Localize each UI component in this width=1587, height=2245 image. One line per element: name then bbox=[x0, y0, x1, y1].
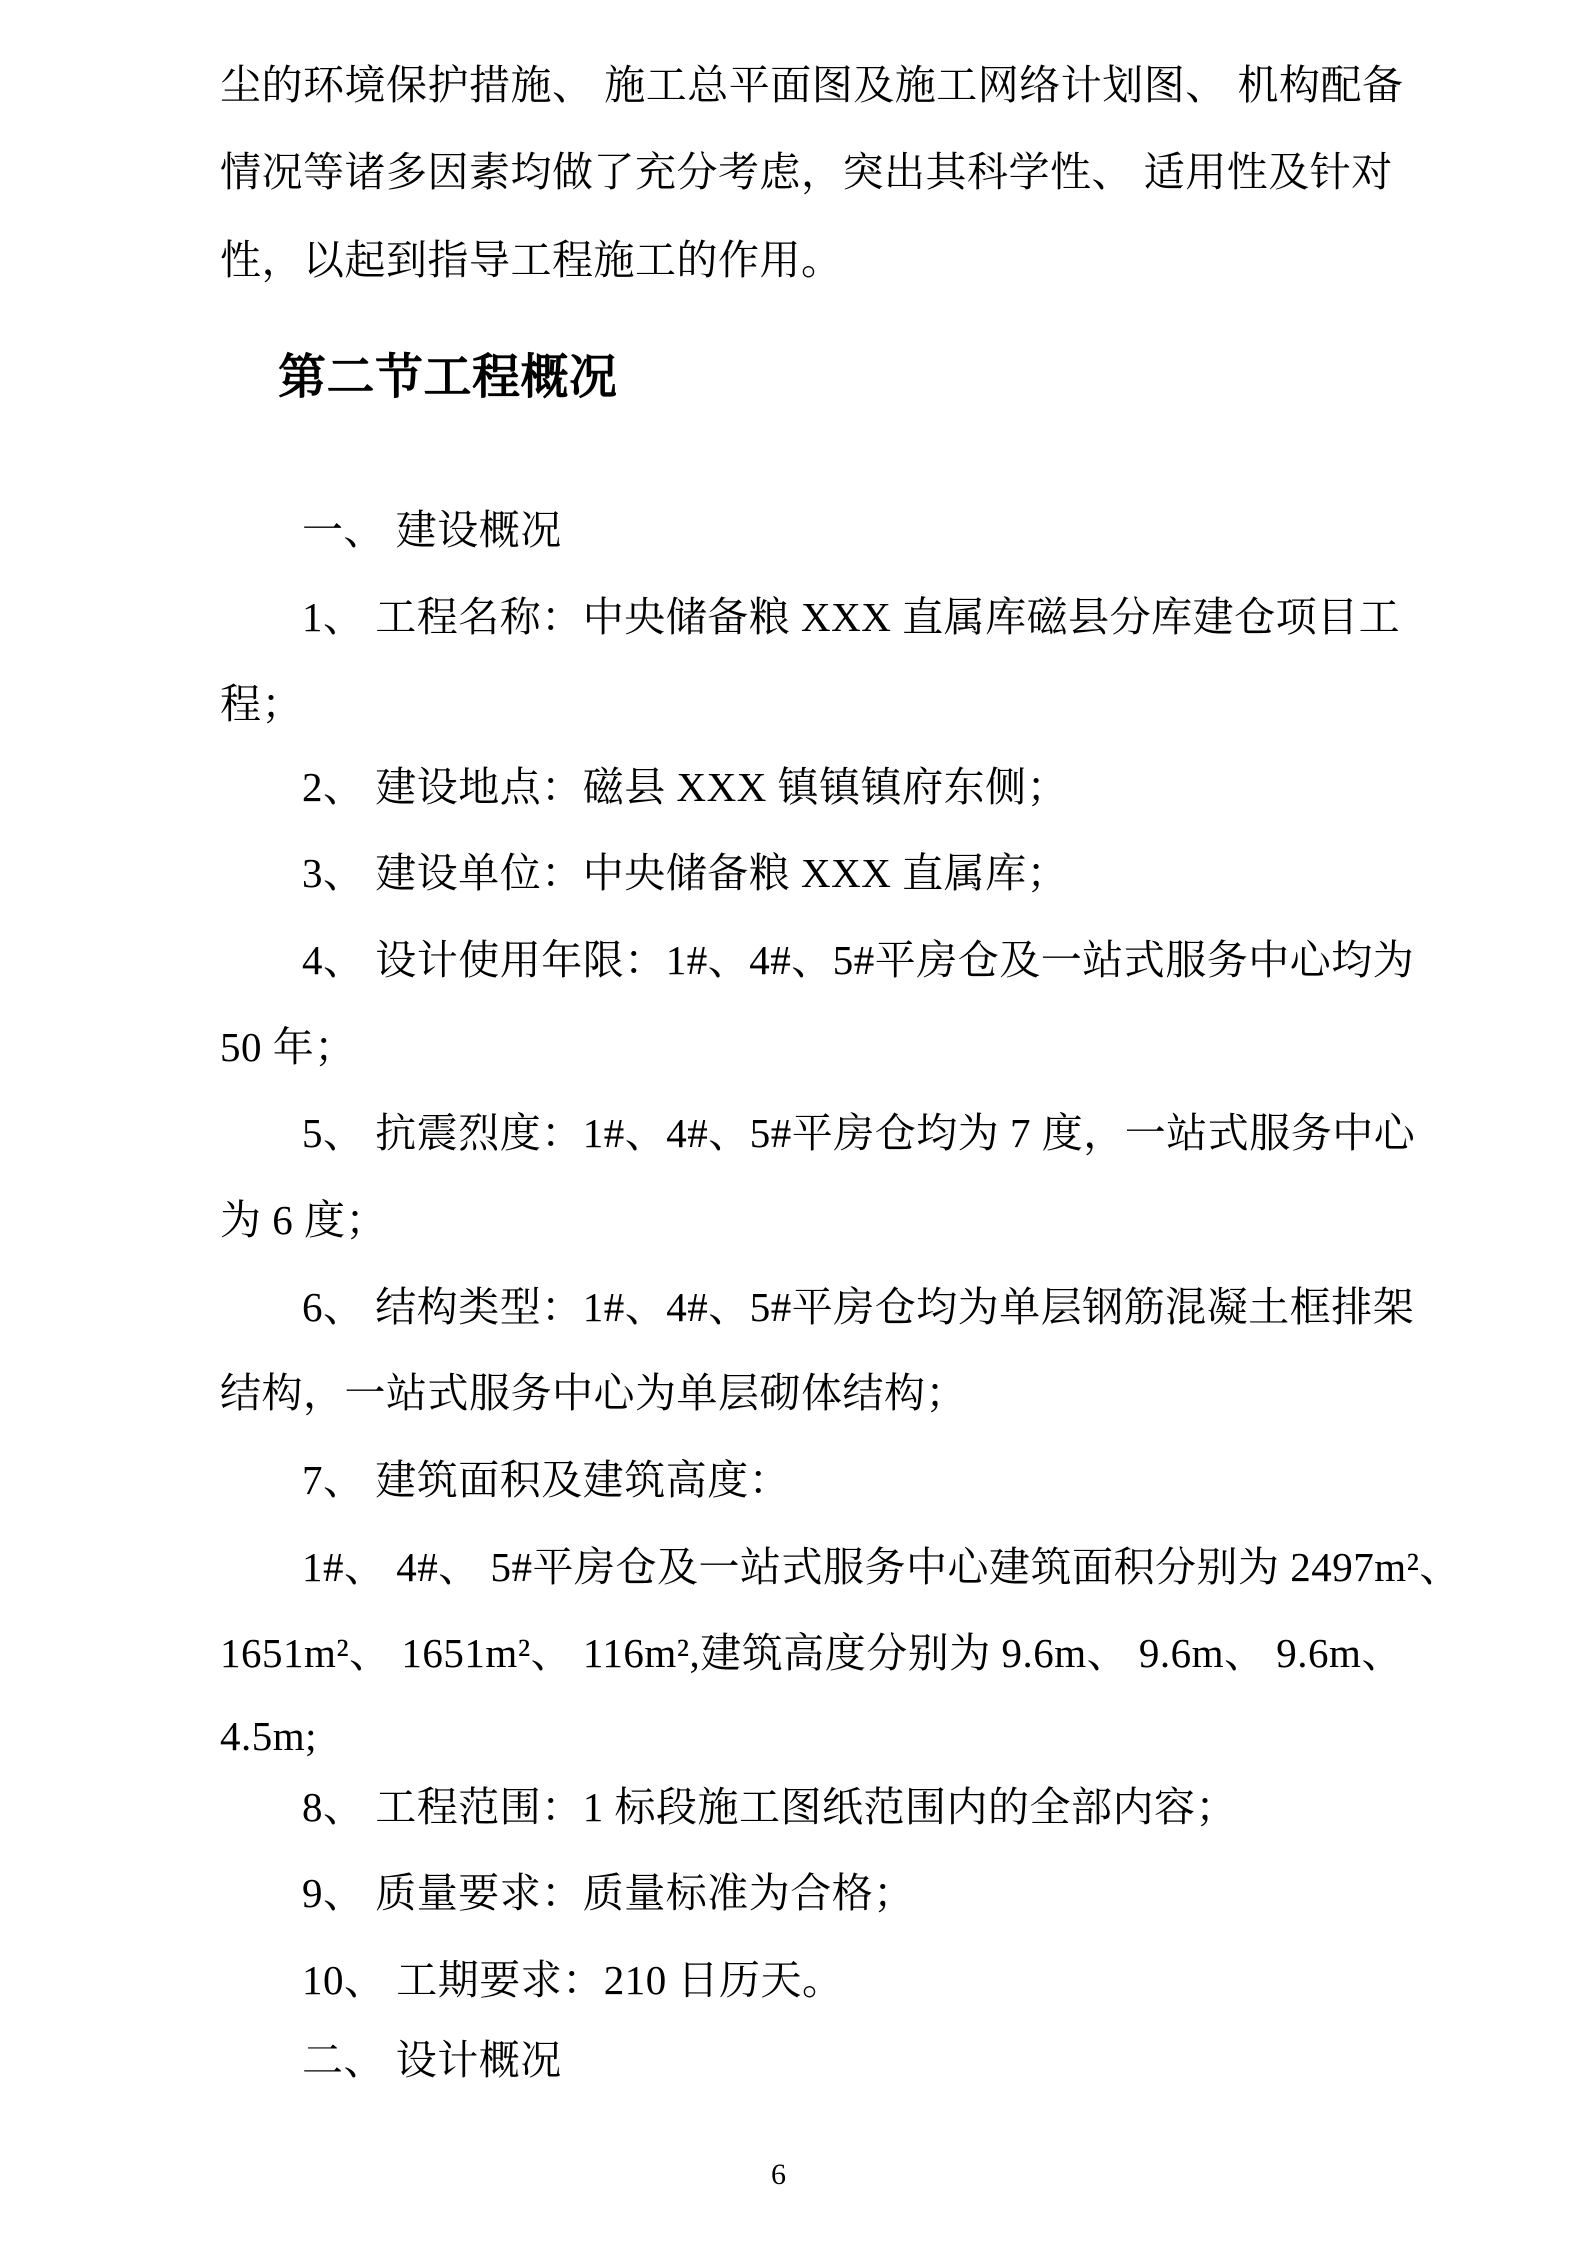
section-heading: 第二节工程概况 bbox=[278, 352, 618, 405]
paragraph-line: 50 年； bbox=[220, 1024, 356, 1071]
list-item: 1、 工程名称：中央储备粮 XXX 直属库磁县分库建仓项目工 bbox=[302, 594, 1400, 641]
list-item: 二、 设计概况 bbox=[302, 2037, 562, 2084]
paragraph-line: 4.5m; bbox=[220, 1713, 317, 1760]
list-item: 5、 抗震烈度：1#、4#、5#平房仓均为 7 度，一站式服务中心 bbox=[302, 1110, 1415, 1157]
paragraph-line: 情况等诸多因素均做了充分考虑，突出其科学性、 适用性及针对 bbox=[220, 149, 1393, 196]
list-item: 3、 建设单位：中央储备粮 XXX 直属库； bbox=[302, 850, 1068, 897]
paragraph-line: 1#、 4#、 5#平房仓及一站式服务中心建筑面积分别为 2497m²、 bbox=[302, 1544, 1461, 1591]
list-item: 6、 结构类型：1#、4#、5#平房仓均为单层钢筋混凝土框排架 bbox=[302, 1284, 1414, 1331]
paragraph-line: 性，以起到指导工程施工的作用。 bbox=[220, 237, 843, 284]
list-item: 2、 建设地点：磁县 XXX 镇镇镇府东侧； bbox=[302, 764, 1068, 811]
paragraph-line: 1651m²、 1651m²、 116m²,建筑高度分别为 9.6m、 9.6m… bbox=[220, 1630, 1403, 1677]
list-item: 8、 工程范围：1 标段施工图纸范围内的全部内容； bbox=[302, 1784, 1237, 1831]
list-item: 7、 建筑面积及建筑高度： bbox=[302, 1457, 790, 1504]
paragraph-line: 结构，一站式服务中心为单层砌体结构； bbox=[220, 1370, 967, 1417]
paragraph-line: 为 6 度； bbox=[220, 1197, 387, 1244]
paragraph-line: 程； bbox=[220, 681, 303, 728]
document-page: 尘的环境保护措施、 施工总平面图及施工网络计划图、 机构配备 情况等诸多因素均做… bbox=[0, 0, 1587, 2245]
list-item: 4、 设计使用年限：1#、4#、5#平房仓及一站式服务中心均为 bbox=[302, 937, 1414, 984]
list-item: 10、 工期要求：210 日历天。 bbox=[302, 1957, 844, 2004]
paragraph-line: 尘的环境保护措施、 施工总平面图及施工网络计划图、 机构配备 bbox=[220, 62, 1404, 109]
page-number: 6 bbox=[0, 2160, 1557, 2190]
list-item: 一、 建设概况 bbox=[302, 507, 562, 554]
list-item: 9、 质量要求：质量标准为合格； bbox=[302, 1870, 915, 1917]
